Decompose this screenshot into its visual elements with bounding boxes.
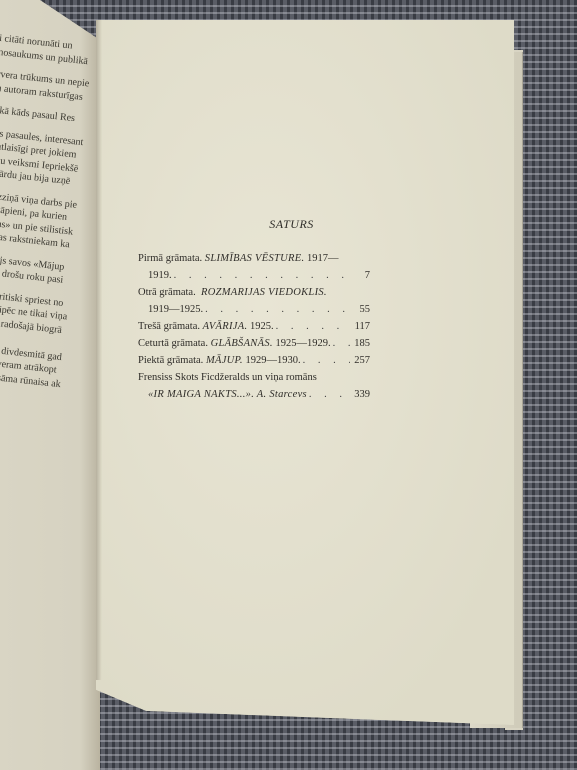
toc-entry: Frensiss Skots Ficdžeralds un viņa romān… (138, 369, 370, 386)
toc-entry: Trešā grāmata. AVĀRIJA. 1925. . . . . . … (138, 318, 370, 335)
toc-entry-prefix: Trešā grāmata. (138, 318, 200, 335)
toc-entry-continuation: 1919. . . . . . . . . . . . . . . . . . … (138, 267, 370, 284)
toc-entry-years: 1919—1925. (148, 301, 203, 318)
toc-page-number: 7 (350, 267, 370, 284)
table-of-contents: Pirmā grāmata. SLIMĪBAS VĒSTURE. 1917— 1… (138, 250, 370, 403)
toc-entry-years: 1925. (250, 318, 274, 335)
left-line: un spēkā kāds pasaul Res (0, 102, 94, 128)
toc-title: SATURS (0, 217, 577, 232)
toc-entry-prefix: Otrā grāmata. (138, 284, 196, 301)
toc-entry: Piektā grāmata. MĀJUP. 1929—1930. . . . … (138, 352, 370, 369)
book-gutter (96, 20, 102, 680)
toc-entry-title: GLĀBŠANĀS. (211, 335, 273, 352)
toc-entry-prefix: Frensiss Skots Ficdžeralds un viņa romān… (138, 369, 317, 386)
toc-entry-years: 1929—1930. (245, 352, 300, 369)
toc-entry-title: «IR MAIGA NAKTS...». (148, 386, 254, 403)
toc-entry-title: MĀJUP. (206, 352, 243, 369)
toc-page-number: 185 (350, 335, 370, 352)
toc-entry: Ceturtā grāmata. GLĀBŠANĀS. 1925—1929. .… (138, 335, 370, 352)
toc-entry-prefix: Pirmā grāmata. (138, 250, 202, 267)
toc-entry-prefix: Ceturtā grāmata. (138, 335, 208, 352)
toc-entry-years: 1917— (307, 250, 339, 267)
toc-entry-continuation: 1919—1925. . . . . . . . . . . . . . . .… (138, 301, 370, 318)
leader-dots: . . . . . . . (331, 335, 350, 352)
leader-dots: . . . . . . . (307, 386, 350, 403)
toc-entry-title: ROZMARIJAS VIEDOKLIS. (201, 284, 327, 301)
toc-entry-prefix: Piektā grāmata. (138, 352, 203, 369)
toc-entry-title: AVĀRIJA. (203, 318, 248, 335)
toc-entry-years: 1925—1929. (275, 335, 330, 352)
toc-entry-years: 1919. (148, 267, 172, 284)
toc-entry-title: SLIMĪBAS VĒSTURE. (205, 250, 305, 267)
leader-dots: . . . . . . . . . . . . . . . (274, 318, 350, 335)
toc-page-number: 257 (350, 352, 370, 369)
left-page: s vīsi citāti norunāti un ersa nosaukums… (0, 0, 100, 770)
leader-dots: . . . . . . . . . . . . . . . . . . . . … (172, 267, 350, 284)
toc-entry: Otrā grāmata. ROZMARIJAS VIEDOKLIS. (138, 284, 370, 301)
toc-entry-author: A. Starcevs (257, 386, 307, 403)
toc-page-number: 339 (350, 386, 370, 403)
toc-page-number: 55 (350, 301, 370, 318)
leader-dots: . . . . . . . . . . . . . . . . . . . . … (203, 301, 350, 318)
toc-entry: Pirmā grāmata. SLIMĪBAS VĒSTURE. 1917— (138, 250, 370, 267)
toc-page-number: 117 (350, 318, 370, 335)
toc-entry-continuation: «IR MAIGA NAKTS...». A. Starcevs . . . .… (138, 386, 370, 403)
leader-dots: . . . . . . . . . . . (301, 352, 350, 369)
